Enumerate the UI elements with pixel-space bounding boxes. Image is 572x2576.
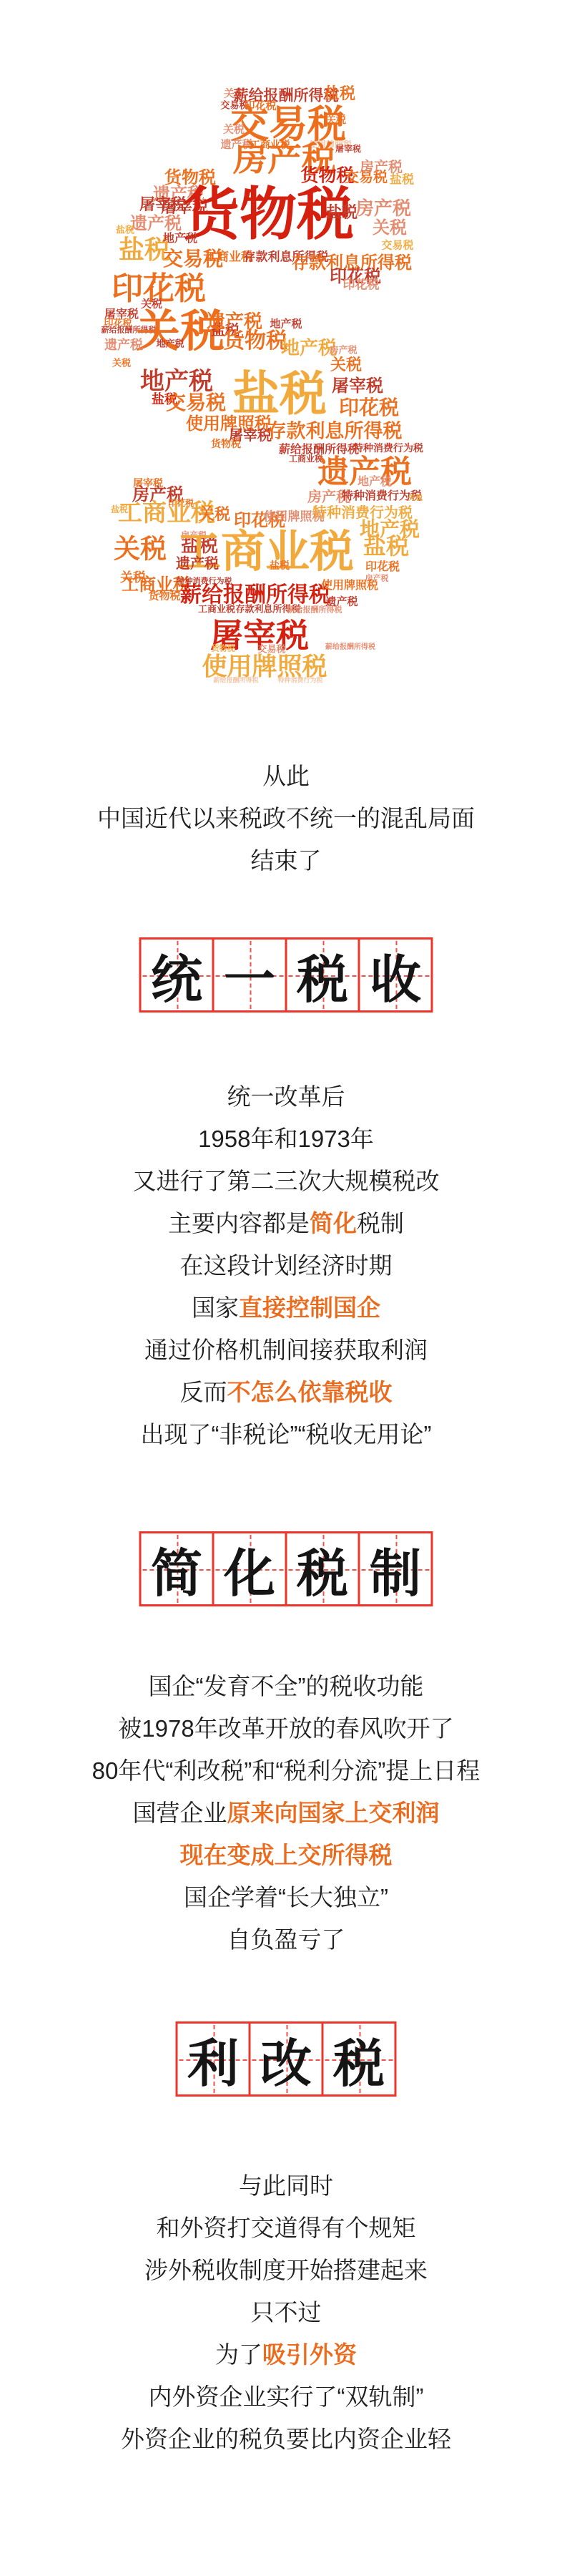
highlight-text: 现在变成上交所得税 [180,1842,393,1868]
cloud-word: 特种消费行为税 [353,444,423,454]
cloud-word: 地产税 [140,369,213,394]
text-line: 又进行了第二三次大规模税改 [0,1160,572,1202]
text-line: 在这段计划经济时期 [0,1244,572,1287]
body-text: 只不过 [251,2299,322,2326]
body-text: 从此 [262,763,310,789]
highlight-text: 简化 [310,1210,357,1236]
body-text: 被1978年改革开放的春风吹开了 [118,1715,453,1742]
body-text: 80年代“利改税”和“税利分流”提上日程 [92,1757,480,1784]
body-text: 国营企业 [133,1800,227,1826]
banner-grid: 利改税 [176,2021,397,2097]
cloud-word: 盐税 [116,226,134,235]
cloud-word: 地产税 [163,233,197,244]
text-line: 80年代“利改税”和“税利分流”提上日程 [0,1750,572,1792]
cloud-word: 房产税 [355,200,411,218]
cloud-word: 交易税 [166,393,226,413]
grid-cell: 利 [176,2021,251,2097]
text-line: 统一改革后 [0,1075,572,1118]
paragraph-block: 国企“发育不全”的税收功能被1978年改革开放的春风吹开了80年代“利改税”和“… [0,1665,572,1961]
text-line: 国企学着“长大独立” [0,1876,572,1918]
body-text: 出现了“非税论”“税收无用论” [141,1421,432,1448]
cloud-word: 遗产税 [130,215,182,232]
text-line: 从此 [0,755,572,797]
grid-cell: 简 [139,1531,214,1606]
grid-cell: 化 [212,1531,287,1606]
cloud-word: 薪给报酬所得税 [287,606,342,614]
text-line: 结束了 [0,839,572,882]
cloud-word: 印花税 [343,280,380,292]
cloud-word: 使用牌照税 [202,655,327,680]
text-line: 被1978年改革开放的春风吹开了 [0,1707,572,1750]
grid-cell: 改 [249,2021,324,2097]
body-text: 统一改革后 [227,1083,345,1110]
body-text: 反而 [180,1379,227,1405]
cloud-word: 货物税 [211,439,241,449]
body-text: 国企“发育不全”的税收功能 [149,1673,424,1699]
grid-cell: 税 [285,937,360,1013]
body-text: 在这段计划经济时期 [180,1252,393,1279]
cloud-word: 屠宰税 [332,377,383,394]
cloud-word: 关税 [114,536,167,562]
grid-char: 一 [214,940,285,1010]
cloud-word: 屠宰税 [335,145,361,153]
grid-cell: 统 [139,937,214,1013]
body-text: 国家 [192,1294,239,1321]
text-line: 和外资打交道得有个规矩 [0,2207,572,2249]
text-line: 现在变成上交所得税 [0,1834,572,1876]
highlight-text: 原来向国家上交利润 [227,1800,440,1826]
cloud-word: 地产税 [281,339,337,358]
body-text: 国企学着“长大独立” [184,1884,388,1911]
cloud-word: 关税 [408,495,423,502]
cloud-word: 使用牌照税 [321,580,378,591]
banner-grid: 简化税制 [139,1531,433,1606]
cloud-word: 货物税 [148,591,180,602]
cloud-word: 盐税 [326,205,357,221]
text-line: 主要内容都是简化税制 [0,1202,572,1244]
grid-char: 税 [287,1533,358,1604]
cloud-word: 关税 [373,219,407,236]
grid-char: 利 [178,2024,249,2094]
paragraph-block: 与此同时和外资打交道得有个规矩涉外税收制度开始搭建起来只不过为了吸引外资内外资企… [0,2165,572,2460]
text-line: 与此同时 [0,2165,572,2207]
grid-char: 统 [142,940,212,1010]
cloud-word: 盐税 [390,175,414,187]
cloud-word: 印花税 [339,398,399,418]
cloud-word: 存款利息所得税 [267,422,403,441]
text-line: 外资企业的税负要比内资企业轻 [0,2418,572,2460]
cloud-word: 盐税 [270,561,290,571]
grid-char: 简 [142,1533,212,1604]
cloud-word: 关税 [223,125,245,135]
grid-char: 改 [251,2024,322,2094]
grid-cell: 收 [358,937,433,1013]
text-line: 只不过 [0,2291,572,2333]
text-line: 反而不怎么依靠税收 [0,1371,572,1413]
cloud-word: 工商业税 [198,605,235,615]
grid-cell: 税 [322,2021,397,2097]
body-text: 自负盈亏了 [227,1926,345,1953]
grid-char: 制 [360,1533,431,1604]
cloud-word: 薪给报酬所得税 [213,678,258,685]
cloud-word: 关税 [330,358,362,374]
body-text: 和外资打交道得有个规矩 [157,2215,416,2241]
paragraph-block: 从此中国近代以来税政不统一的混乱局面结束了 [0,755,572,882]
paragraph-block: 统一改革后1958年和1973年又进行了第二三次大规模税改主要内容都是简化税制在… [0,1075,572,1455]
body-text: 中国近代以来税政不统一的混乱局面 [97,805,475,831]
cloud-word: 薪给报酬所得税 [325,644,375,651]
body-text: 为了 [215,2341,262,2368]
text-line: 1958年和1973年 [0,1118,572,1160]
body-text: 结束了 [251,847,322,874]
grid-cell: 制 [358,1531,433,1606]
cloud-word: 遗产税 [176,556,219,570]
grid-char: 收 [360,940,431,1010]
body-text: 涉外税收制度开始搭建起来 [144,2257,428,2283]
text-line: 出现了“非税论”“税收无用论” [0,1413,572,1455]
text-line: 内外资企业实行了“双轨制” [0,2376,572,2418]
cloud-word: 关税 [112,359,131,369]
grid-cell: 税 [285,1531,360,1606]
cloud-word: 盐税 [232,371,327,418]
infographic-page: 关税薪给报酬所得税盐税交易税印花税关税交易税关税遗产税工商业税使用牌照税屠宰税房… [0,0,572,2576]
text-line: 国企“发育不全”的税收功能 [0,1665,572,1707]
cloud-word: 货物税 [212,645,235,653]
text-line: 通过价格机制间接获取利润 [0,1329,572,1371]
cloud-word: 关税 [199,507,230,523]
cloud-word: 薪给报酬所得税 [180,585,330,606]
grid-char: 税 [324,2024,395,2094]
body-text: 主要内容都是 [168,1210,310,1236]
text-line: 国营企业原来向国家上交利润 [0,1792,572,1834]
cloud-word: 盐税 [363,535,409,557]
text-line: 为了吸引外资 [0,2333,572,2376]
text-line: 涉外税收制度开始搭建起来 [0,2249,572,2291]
tax-word-cloud: 关税薪给报酬所得税盐税交易税印花税关税交易税关税遗产税工商业税使用牌照税屠宰税房… [0,0,572,723]
cloud-word: 地产税 [357,476,392,487]
body-text: 税制 [357,1210,404,1236]
body-text: 又进行了第二三次大规模税改 [133,1168,440,1194]
grid-char: 化 [214,1533,285,1604]
body-text: 与此同时 [239,2172,333,2199]
highlight-text: 直接控制国企 [239,1294,380,1321]
cloud-word: 房产税 [329,346,357,356]
body-text: 外资企业的税负要比内资企业轻 [121,2426,451,2452]
banner-grid: 统一税收 [139,937,433,1013]
text-line: 自负盈亏了 [0,1918,572,1961]
body-text: 1958年和1973年 [198,1126,374,1152]
cloud-word: 印花税 [365,561,400,572]
body-text: 内外资企业实行了“双轨制” [149,2384,424,2410]
grid-cell: 一 [212,937,287,1013]
cloud-word: 盐税 [324,87,355,102]
grid-char: 税 [287,940,358,1010]
cloud-word: 房产税 [360,160,403,174]
cloud-word: 屠宰税 [139,197,187,213]
cloud-word: 特种消费行为税 [277,678,322,685]
text-line: 国家直接控制国企 [0,1287,572,1329]
cloud-word: 交易税 [381,240,413,251]
cloud-word: 地产税 [156,340,184,349]
text-line: 中国近代以来税政不统一的混乱局面 [0,797,572,839]
body-text: 通过价格机制间接获取利润 [144,1337,428,1363]
highlight-text: 吸引外资 [262,2341,357,2368]
cloud-word: 遗产税 [104,339,143,352]
highlight-text: 不怎么依靠税收 [227,1379,393,1405]
cloud-word: 货物税 [223,331,287,352]
